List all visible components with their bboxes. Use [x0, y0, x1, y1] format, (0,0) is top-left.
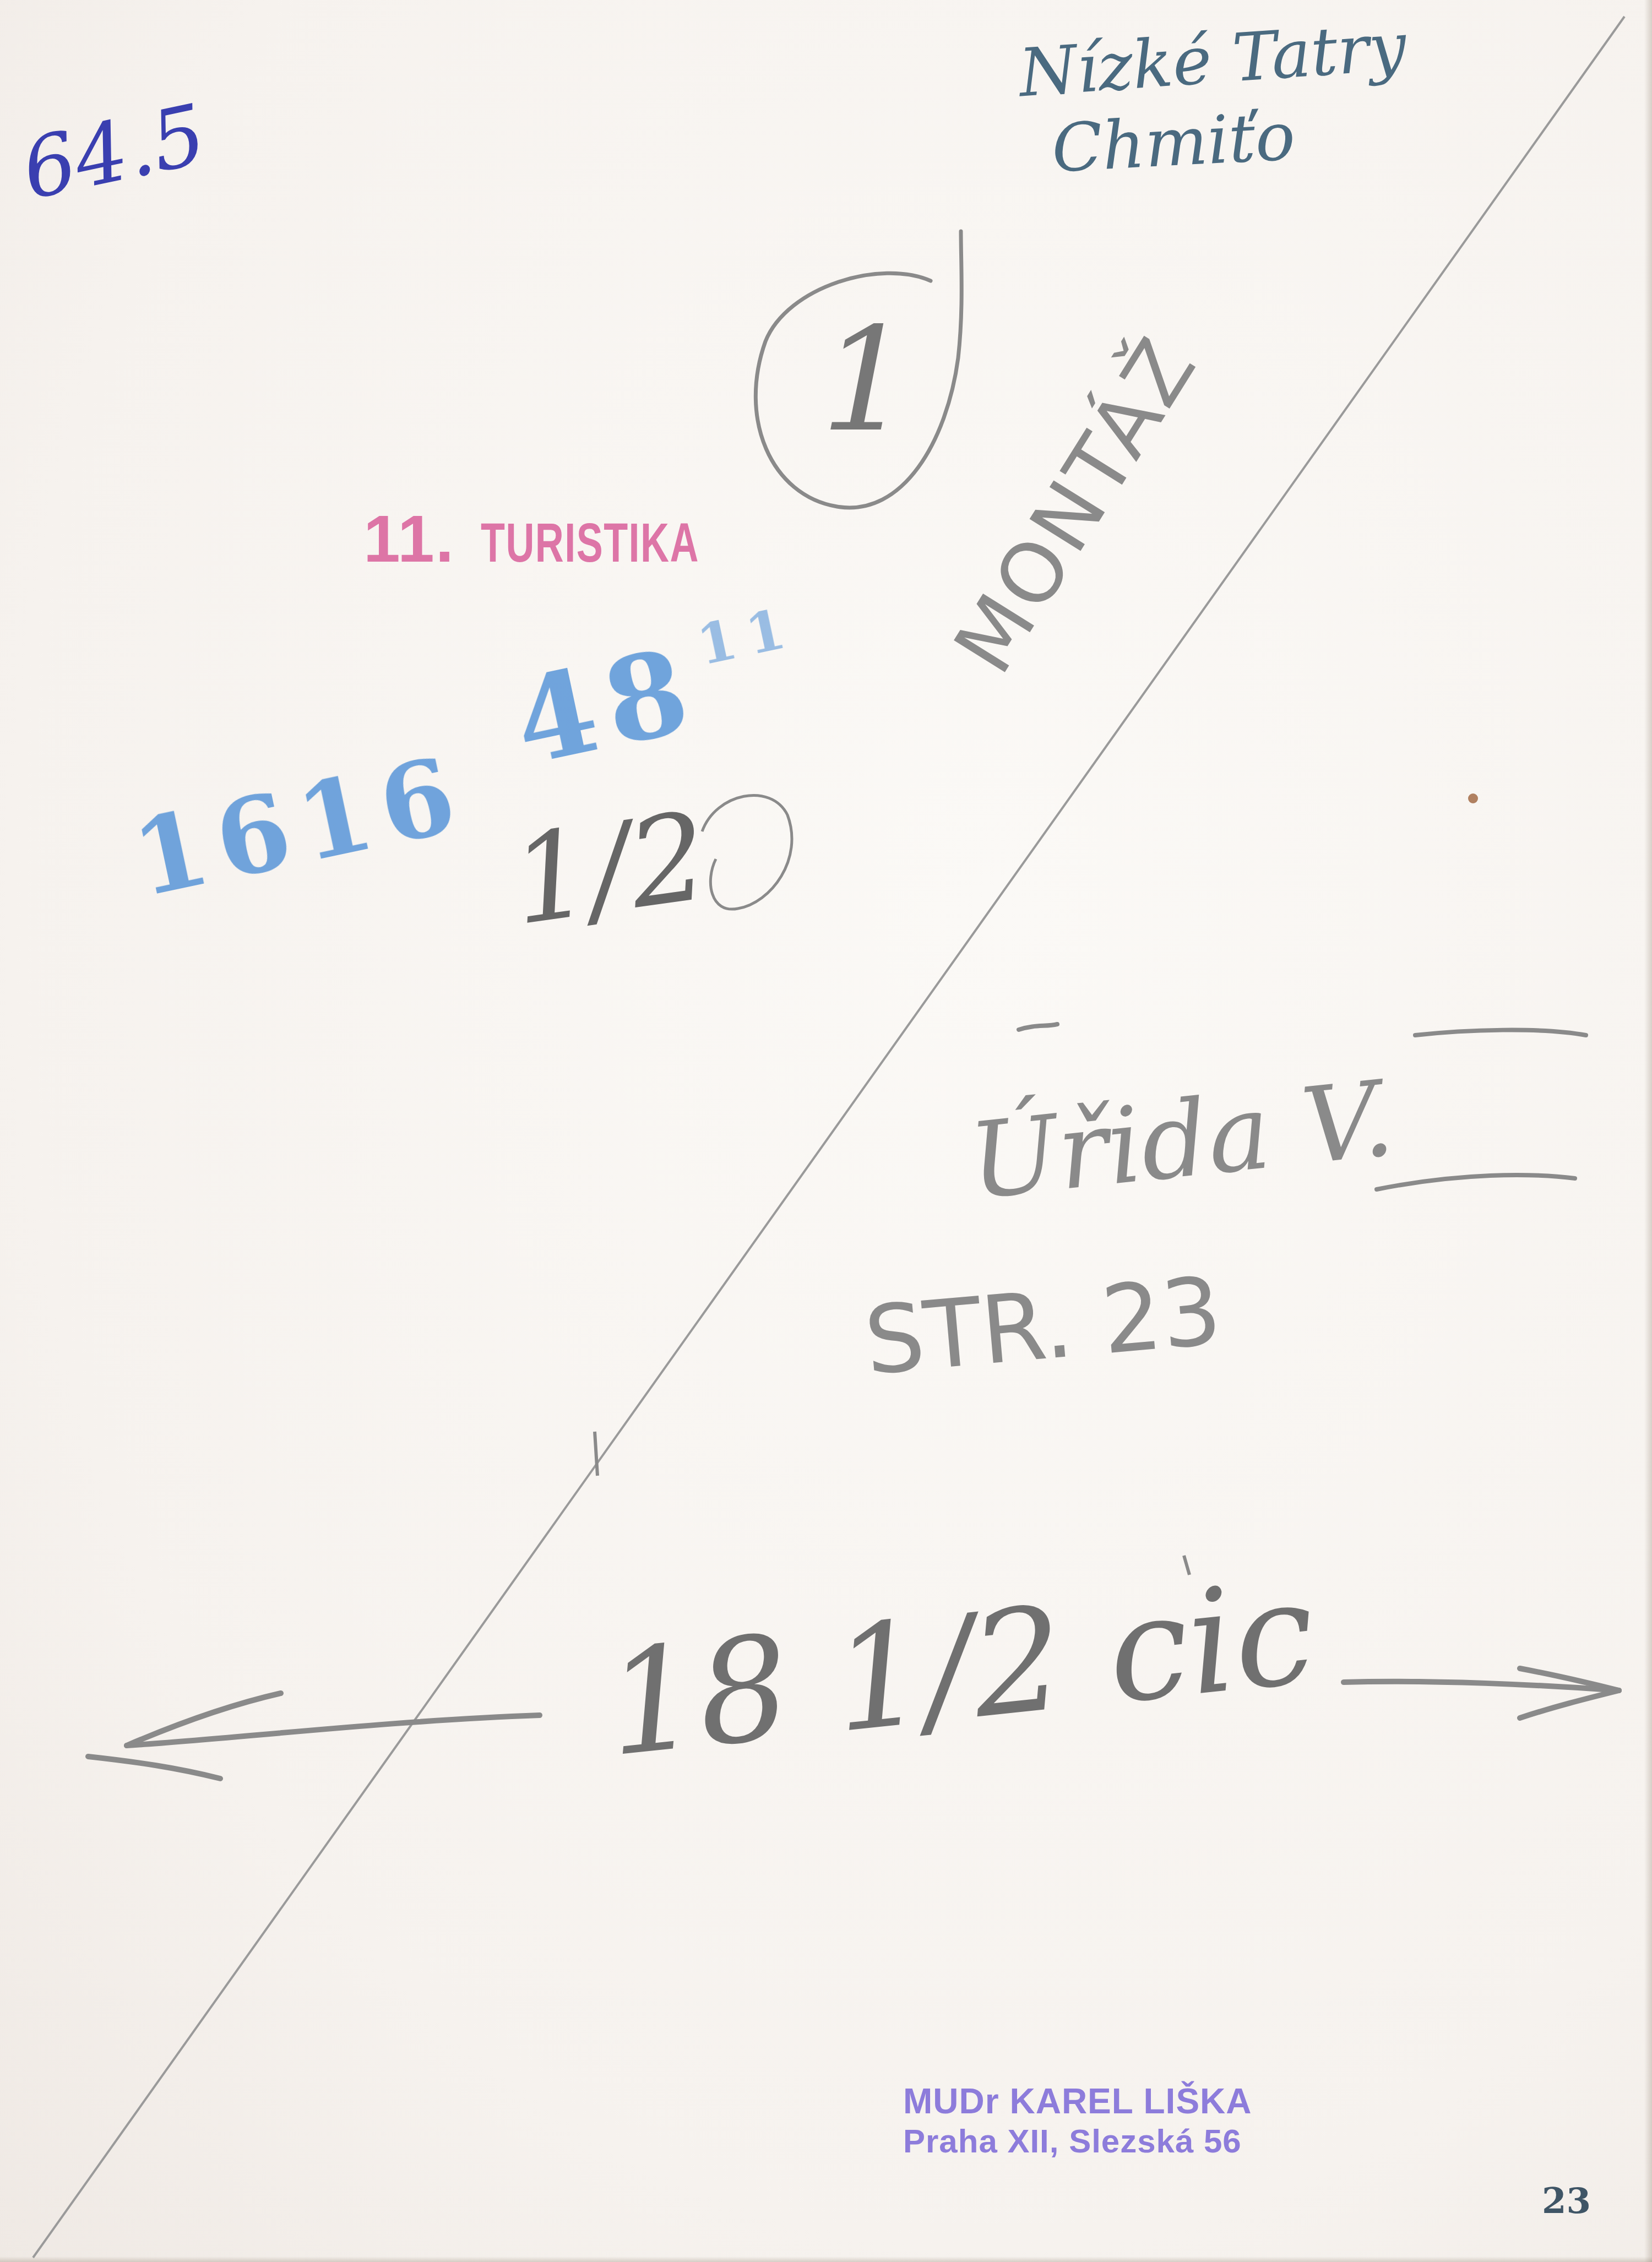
ink-note-location-line2: Chmiťo — [1050, 99, 1297, 188]
category-label: TURISTIKA — [481, 512, 699, 575]
pencil-tick-marks — [595, 1432, 1189, 1575]
category-stamp: 11. TURISTIKA — [363, 501, 784, 577]
ink-note-bottom-right: 23 — [1542, 2181, 1591, 2222]
circled-number: 1 — [820, 297, 911, 464]
owner-stamp: MUDr KAREL LIŠKA Praha XII, Slezská 56 — [903, 2081, 1252, 2160]
owner-name: MUDr KAREL LIŠKA — [903, 2081, 1252, 2122]
right-arrow — [1344, 1668, 1619, 1718]
paper-spot — [1468, 793, 1478, 803]
circle-around-3 — [702, 795, 792, 909]
owner-address: Praha XII, Slezská 56 — [903, 2122, 1252, 2160]
category-number: 11. — [363, 502, 455, 576]
left-arrow — [88, 1693, 540, 1779]
